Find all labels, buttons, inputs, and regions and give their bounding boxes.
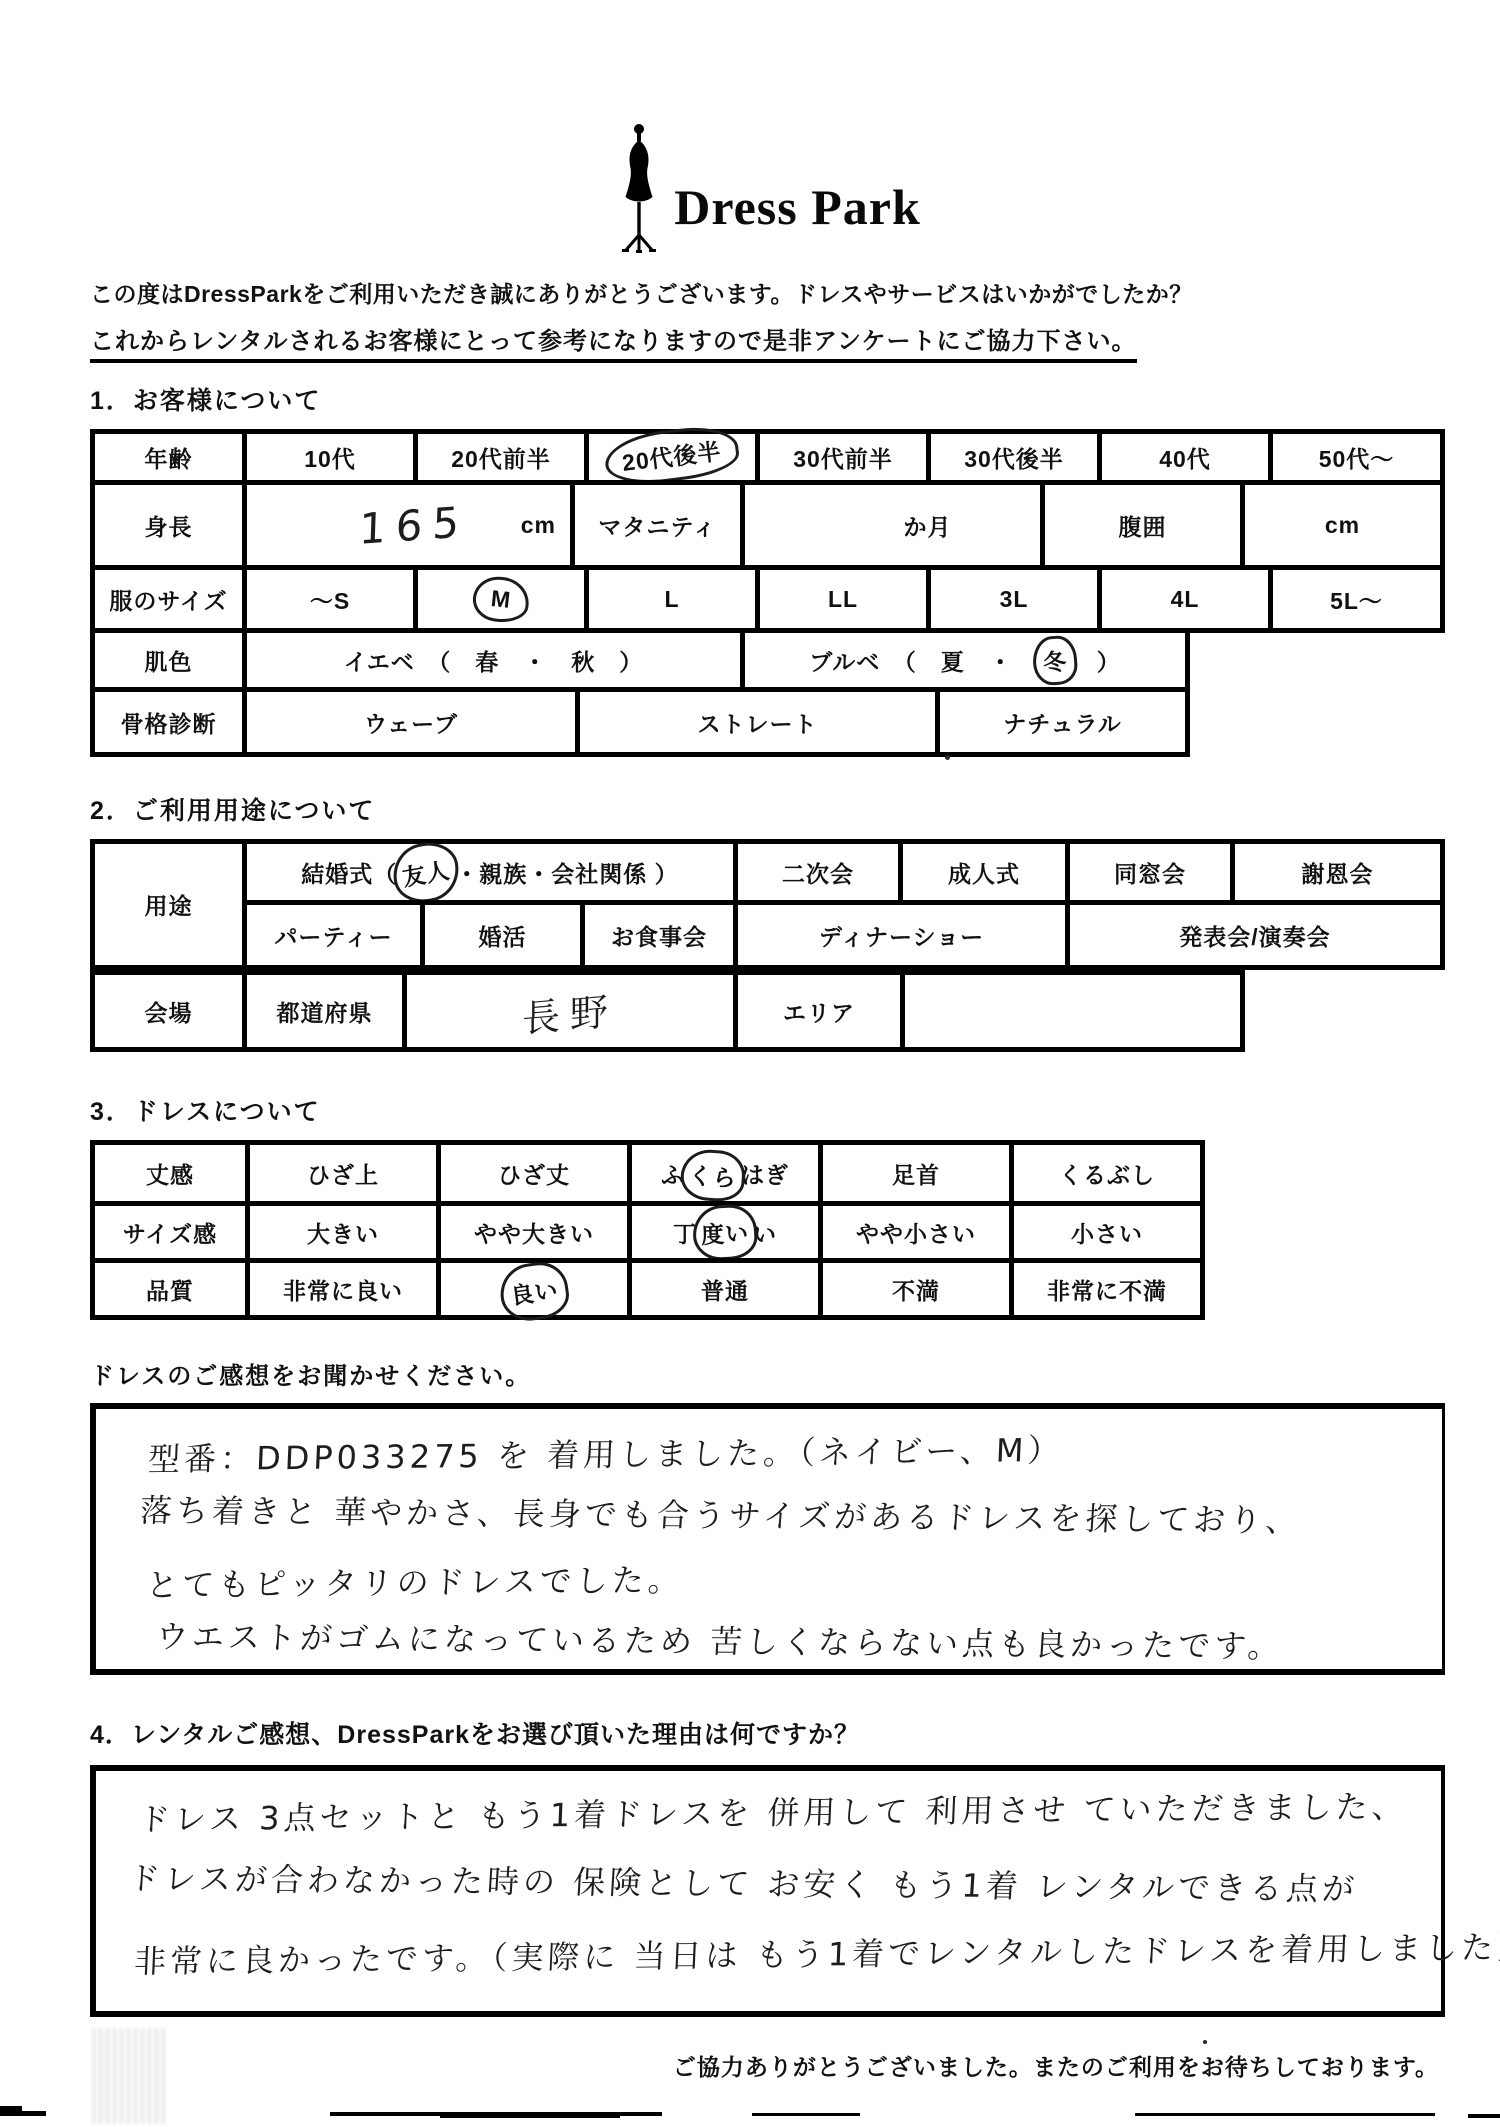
scan-line-artifact	[0, 2111, 46, 2116]
age-option-10s: 10代	[242, 429, 418, 485]
age-option-late20s-circled: 20代後半	[584, 429, 760, 485]
skeleton-row: 骨格診断 ウェーブ ストレート ナチュラル	[90, 687, 1445, 757]
height-label: 身長	[90, 480, 247, 570]
scan-smudge-artifact	[92, 2028, 166, 2124]
size-option-ll: LL	[755, 565, 931, 633]
brand-name: Dress Park	[674, 178, 921, 260]
fit-option-slightly-small: やや小さい	[818, 1201, 1014, 1263]
section-4-title: 4．レンタルご感想、DressParkをお選び頂いた理由は何ですか？	[90, 1715, 1445, 1751]
scan-line-artifact	[1468, 2114, 1500, 2118]
wedding-suffix: ・親族・会社関係 ）	[455, 856, 678, 889]
area-label: エリア	[733, 970, 905, 1052]
blue-base-prefix: ブルベ （ 夏 ・	[809, 644, 1037, 677]
quality-option-good-circled: 良い	[436, 1258, 632, 1320]
intro-line-2-wrap: これからレンタルされるお客様にとって参考になりますので是非アンケートにご協力下さ…	[90, 321, 1445, 363]
height-unit: cm	[521, 512, 556, 539]
handwritten-line: ウエストがゴムになっているため 苦しくならない点も良かったです。	[129, 1616, 1413, 1667]
blue-base-suffix: ）	[1073, 644, 1121, 677]
prefecture-value-cell: 長野	[402, 970, 738, 1052]
age-option-early30s: 30代前半	[755, 429, 931, 485]
usage-option-coming-of-age: 成人式	[898, 839, 1070, 905]
footer-note: ご協力ありがとうございました。またのご利用をお待ちしております。	[90, 2049, 1445, 2082]
usage-option-party: パーティー	[242, 900, 425, 970]
maternity-label: マタニティ	[570, 480, 745, 570]
scan-line-artifact	[440, 2115, 620, 2118]
quality-option-unsatisfied: 不満	[818, 1258, 1014, 1320]
scanned-survey-form: Dress Park この度はDressParkをご利用いただき誠にありがとうご…	[90, 0, 1445, 2082]
fit-option-slightly-big: やや大きい	[436, 1201, 632, 1263]
length-option-above-knee: ひざ上	[245, 1140, 441, 1206]
age-option-early20s: 20代前半	[413, 429, 589, 485]
scan-speck-artifact	[945, 755, 950, 760]
usage-option-reunion: 同窓会	[1065, 839, 1235, 905]
size-option-s: ～S	[242, 565, 418, 633]
usage-option-dinner: お食事会	[580, 900, 738, 970]
fit-circled: 度い	[700, 1219, 749, 1247]
dress-feedback-box: 型番：DDP033275 を 着用しました。（ネイビー、M） 落ち着きと 華やか…	[90, 1403, 1445, 1675]
skeleton-option-straight: ストレート	[575, 687, 940, 757]
quality-option-good: 良い	[509, 1276, 560, 1308]
skeleton-option-wave: ウェーブ	[242, 687, 580, 757]
fit-label: サイズ感	[90, 1201, 250, 1263]
dress-form-mannequin-icon	[614, 123, 664, 260]
circle-annotation: 良い	[497, 1258, 572, 1324]
quality-option-very-good: 非常に良い	[245, 1258, 441, 1320]
size-option-5l: 5L～	[1268, 565, 1445, 633]
winter-option: 冬	[1042, 648, 1068, 676]
circle-annotation: 度い	[692, 1203, 759, 1261]
length-option-ankle: 足首	[818, 1140, 1014, 1206]
customer-table: 年齢 10代 20代前半 20代後半 30代前半 30代後半 40代 50代～ …	[90, 429, 1445, 757]
usage-label: 用途	[90, 839, 247, 970]
age-row: 年齢 10代 20代前半 20代後半 30代前半 30代後半 40代 50代～	[90, 429, 1445, 485]
height-value-handwritten: 165	[358, 497, 470, 554]
quality-label: 品質	[90, 1258, 250, 1320]
usage-group: 用途 結婚式（ 友人 ・親族・会社関係 ） 二次会 成人式 同窓会 謝恩会 パー…	[90, 839, 1445, 970]
usage-option-konkatsu: 婚活	[420, 900, 585, 970]
area-value-cell	[900, 970, 1245, 1052]
usage-option-recital: 発表会/演奏会	[1065, 900, 1445, 970]
wedding-prefix: 結婚式（	[301, 856, 397, 889]
skin-option-blue-base: ブルベ （ 夏 ・ 冬 ）	[740, 628, 1190, 692]
skin-option-yellow-base: イエベ （ 春 ・ 秋 ）	[242, 628, 745, 692]
wedding-option: 結婚式（ 友人 ・親族・会社関係 ）	[242, 839, 738, 905]
length-option-anklebone: くるぶし	[1009, 1140, 1205, 1206]
calf-circled: くら	[688, 1162, 738, 1191]
age-option-50s: 50代～	[1268, 429, 1445, 485]
age-option-late20s: 20代後半	[621, 438, 723, 476]
scan-line-artifact	[752, 2113, 860, 2116]
calf-suffix: はぎ	[741, 1157, 789, 1190]
waist-unit: cm	[1240, 480, 1445, 570]
prefecture-label: 都道府県	[242, 970, 407, 1052]
usage-option-thanks-party: 謝恩会	[1230, 839, 1445, 905]
waist-label: 腹囲	[1040, 480, 1245, 570]
skin-tone-row: 肌色 イエベ （ 春 ・ 秋 ） ブルベ （ 夏 ・ 冬 ）	[90, 628, 1445, 692]
usage-option-afterparty: 二次会	[733, 839, 903, 905]
length-row: 丈感 ひざ上 ひざ丈 ふくらはぎ 足首 くるぶし	[90, 1140, 1445, 1206]
skeleton-option-natural: ナチュラル	[935, 687, 1190, 757]
handwritten-line: ドレス 3点セットと もう1着ドレスを 併用して 利用させ ていただきました、	[121, 1786, 1418, 1840]
quality-option-very-unsatisfied: 非常に不満	[1009, 1258, 1205, 1320]
size-option-4l: 4L	[1097, 565, 1273, 633]
height-row: 身長 165 cm マタニティ か月 腹囲 cm	[90, 480, 1445, 570]
length-option-calf: ふくらはぎ	[627, 1140, 823, 1206]
handwritten-line: ドレスが合わなかった時の 保険として お安く もう1着 レンタルできる点が	[121, 1858, 1418, 1909]
size-option-3l: 3L	[926, 565, 1102, 633]
rental-feedback-box: ドレス 3点セットと もう1着ドレスを 併用して 利用させ ていただきました、 …	[90, 1765, 1445, 2017]
circle-annotation: 冬	[1031, 634, 1078, 686]
size-option-m-circled: M	[413, 565, 589, 633]
section-3-title: 3．ドレスについて	[90, 1092, 1445, 1128]
age-option-late30s: 30代後半	[926, 429, 1102, 485]
height-value-cell: 165 cm	[242, 480, 575, 570]
circle-annotation: M	[471, 574, 532, 625]
circle-annotation: 友人	[389, 837, 464, 907]
handwritten-line: とてもピッタリのドレスでした。	[129, 1552, 1413, 1605]
fit-option-just-right: 丁度いい	[627, 1201, 823, 1263]
venue-row: 会場 都道府県 長野 エリア	[90, 970, 1445, 1052]
fit-option-big: 大きい	[245, 1201, 441, 1263]
quality-row: 品質 非常に良い 良い 普通 不満 非常に不満	[90, 1258, 1445, 1320]
size-label: 服のサイズ	[90, 565, 247, 633]
size-row: 服のサイズ ～S M L LL 3L 4L 5L～	[90, 565, 1445, 633]
skeleton-label: 骨格診断	[90, 687, 247, 757]
age-option-40s: 40代	[1097, 429, 1273, 485]
size-option-l: L	[584, 565, 760, 633]
fit-option-small: 小さい	[1009, 1201, 1205, 1263]
age-label: 年齢	[90, 429, 247, 485]
intro-line-1: この度はDressParkをご利用いただき誠にありがとうございます。ドレスやサー…	[90, 276, 1445, 309]
handwritten-line: 型番：DDP033275 を 着用しました。（ネイビー、M）	[129, 1426, 1413, 1479]
length-option-knee: ひざ丈	[436, 1140, 632, 1206]
handwritten-line: 落ち着きと 華やかさ、長身でも合うサイズがあるドレスを探しており、	[129, 1490, 1413, 1541]
quality-option-normal: 普通	[627, 1258, 823, 1320]
circle-annotation: 20代後半	[602, 422, 741, 489]
intro-line-2: これからレンタルされるお客様にとって参考になりますので是非アンケートにご協力下さ…	[90, 321, 1137, 363]
prefecture-value-handwritten: 長野	[522, 979, 618, 1043]
friend-option: 友人	[401, 857, 453, 891]
length-label: 丈感	[90, 1140, 250, 1206]
section-1-title: 1．お客様について	[90, 381, 1445, 417]
usage-option-dinner-show: ディナーショー	[733, 900, 1070, 970]
usage-row-1: 結婚式（ 友人 ・親族・会社関係 ） 二次会 成人式 同窓会 謝恩会	[242, 839, 1445, 905]
dress-feedback-label: ドレスのご感想をお聞かせください。	[90, 1356, 1445, 1391]
usage-table: 用途 結婚式（ 友人 ・親族・会社関係 ） 二次会 成人式 同窓会 謝恩会 パー…	[90, 839, 1445, 1052]
venue-label: 会場	[90, 970, 247, 1052]
section-2-title: 2．ご利用用途について	[90, 791, 1445, 827]
months-label: か月	[740, 480, 1045, 570]
size-option-m: M	[490, 585, 513, 613]
handwritten-line: 非常に良かったです。（実際に 当日は もう1着でレンタルしたドレスを着用しました…	[121, 1928, 1418, 1982]
fit-row: サイズ感 大きい やや大きい 丁度いい やや小さい 小さい	[90, 1201, 1445, 1263]
circle-annotation: くら	[679, 1147, 746, 1202]
brand-logo: Dress Park	[90, 122, 1445, 260]
dress-table: 丈感 ひざ上 ひざ丈 ふくらはぎ 足首 くるぶし サイズ感 大きい やや大きい …	[90, 1140, 1445, 1320]
skin-label: 肌色	[90, 628, 247, 692]
scan-speck-artifact	[1203, 2040, 1207, 2044]
scan-line-artifact	[1135, 2113, 1435, 2116]
usage-row-2: パーティー 婚活 お食事会 ディナーショー 発表会/演奏会	[242, 900, 1445, 970]
